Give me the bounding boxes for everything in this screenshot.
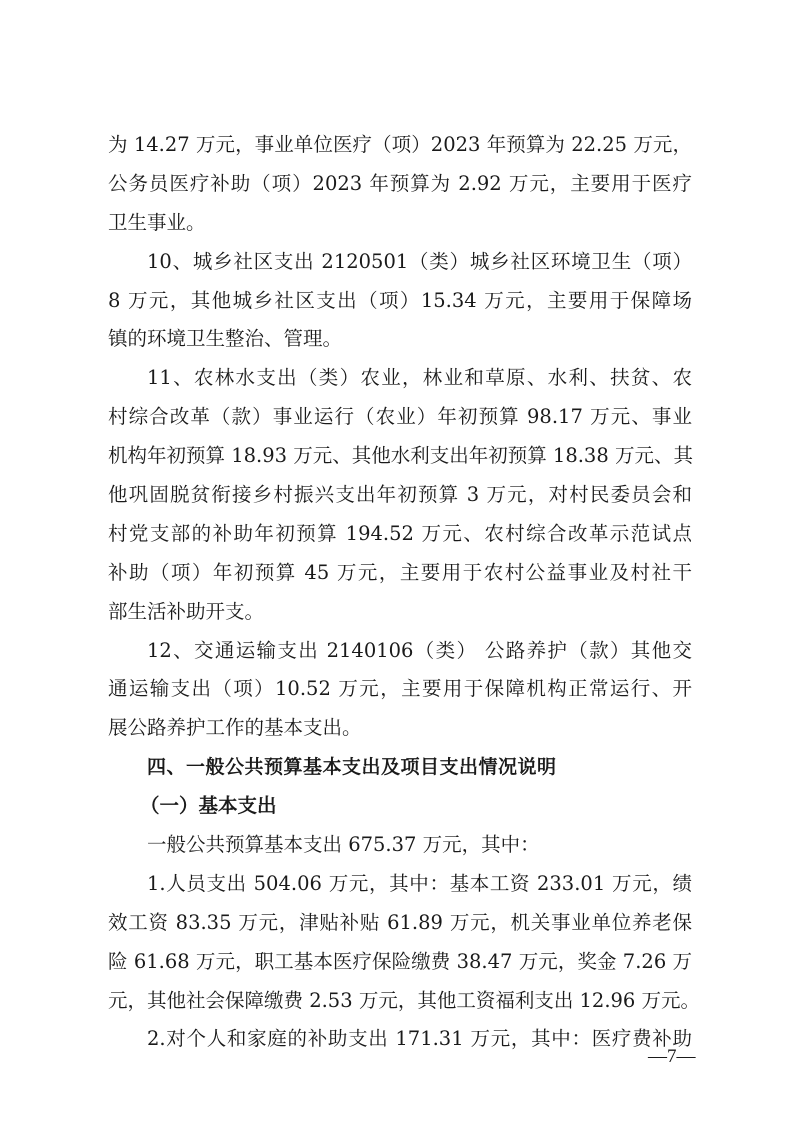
paragraph-subsidy-expenditure: 2.对个人和家庭的补助支出 171.31 万元，其中：医疗费补助: [108, 1020, 692, 1059]
text-line: 村党支部的补助年初预算 194.52 万元、农村综合改革示范试点: [108, 515, 692, 554]
paragraph-12-transportation: 12、交通运输支出 2140106（类） 公路养护（款）其他交 通运输支出（项）…: [108, 632, 692, 749]
paragraph-10-urban-rural-community: 10、城乡社区支出 2120501（类）城乡社区环境卫生（项） 8 万元，其他城…: [108, 243, 692, 360]
text-line: 部生活补助开支。: [108, 593, 692, 632]
text-line: 他巩固脱贫衔接乡村振兴支出年初预算 3 万元，对村民委员会和: [108, 476, 692, 515]
basic-expenditure-intro: 一般公共预算基本支出 675.37 万元，其中：: [108, 826, 692, 865]
text-line: 村综合改革（款）事业运行（农业）年初预算 98.17 万元、事业: [108, 398, 692, 437]
text-line: 8 万元，其他城乡社区支出（项）15.34 万元，主要用于保障场: [108, 282, 692, 321]
text-line: 元，其他社会保障缴费 2.53 万元，其他工资福利支出 12.96 万元。: [108, 982, 692, 1021]
paragraph-personnel-expenditure: 1.人员支出 504.06 万元，其中：基本工资 233.01 万元，绩 效工资…: [108, 865, 692, 1021]
text-line: 卫生事业。: [108, 204, 692, 243]
text-line: 镇的环境卫生整治、管理。: [108, 320, 692, 359]
text-line: 险 61.68 万元，职工基本医疗保险缴费 38.47 万元，奖金 7.26 万: [108, 943, 692, 982]
text-line: 1.人员支出 504.06 万元，其中：基本工资 233.01 万元，绩: [108, 865, 692, 904]
text-line: 展公路养护工作的基本支出。: [108, 709, 692, 748]
paragraph-11-agriculture-forestry-water: 11、农林水支出（类）农业，林业和草原、水利、扶贫、农 村综合改革（款）事业运行…: [108, 359, 692, 631]
sub-heading: （一）基本支出: [108, 787, 692, 826]
text-line: 为 14.27 万元，事业单位医疗（项）2023 年预算为 22.25 万元，: [108, 126, 692, 165]
section-heading: 四、一般公共预算基本支出及项目支出情况说明: [108, 748, 692, 787]
text-line: 12、交通运输支出 2140106（类） 公路养护（款）其他交: [108, 632, 692, 671]
text-line: 2.对个人和家庭的补助支出 171.31 万元，其中：医疗费补助: [108, 1020, 692, 1059]
text-line: 公务员医疗补助（项）2023 年预算为 2.92 万元，主要用于医疗: [108, 165, 692, 204]
page-number: —7—: [648, 1046, 696, 1068]
text-line: 补助（项）年初预算 45 万元，主要用于农村公益事业及村社干: [108, 554, 692, 593]
paragraph-medical-continuation: 为 14.27 万元，事业单位医疗（项）2023 年预算为 22.25 万元， …: [108, 126, 692, 243]
text-line: 效工资 83.35 万元，津贴补贴 61.89 万元，机关事业单位养老保: [108, 904, 692, 943]
text-line: 通运输支出（项）10.52 万元，主要用于保障机构正常运行、开: [108, 670, 692, 709]
text-line: 机构年初预算 18.93 万元、其他水利支出年初预算 18.38 万元、其: [108, 437, 692, 476]
text-line: 11、农林水支出（类）农业，林业和草原、水利、扶贫、农: [108, 359, 692, 398]
text-line: 10、城乡社区支出 2120501（类）城乡社区环境卫生（项）: [108, 243, 692, 282]
document-page: 为 14.27 万元，事业单位医疗（项）2023 年预算为 22.25 万元， …: [108, 126, 692, 1059]
